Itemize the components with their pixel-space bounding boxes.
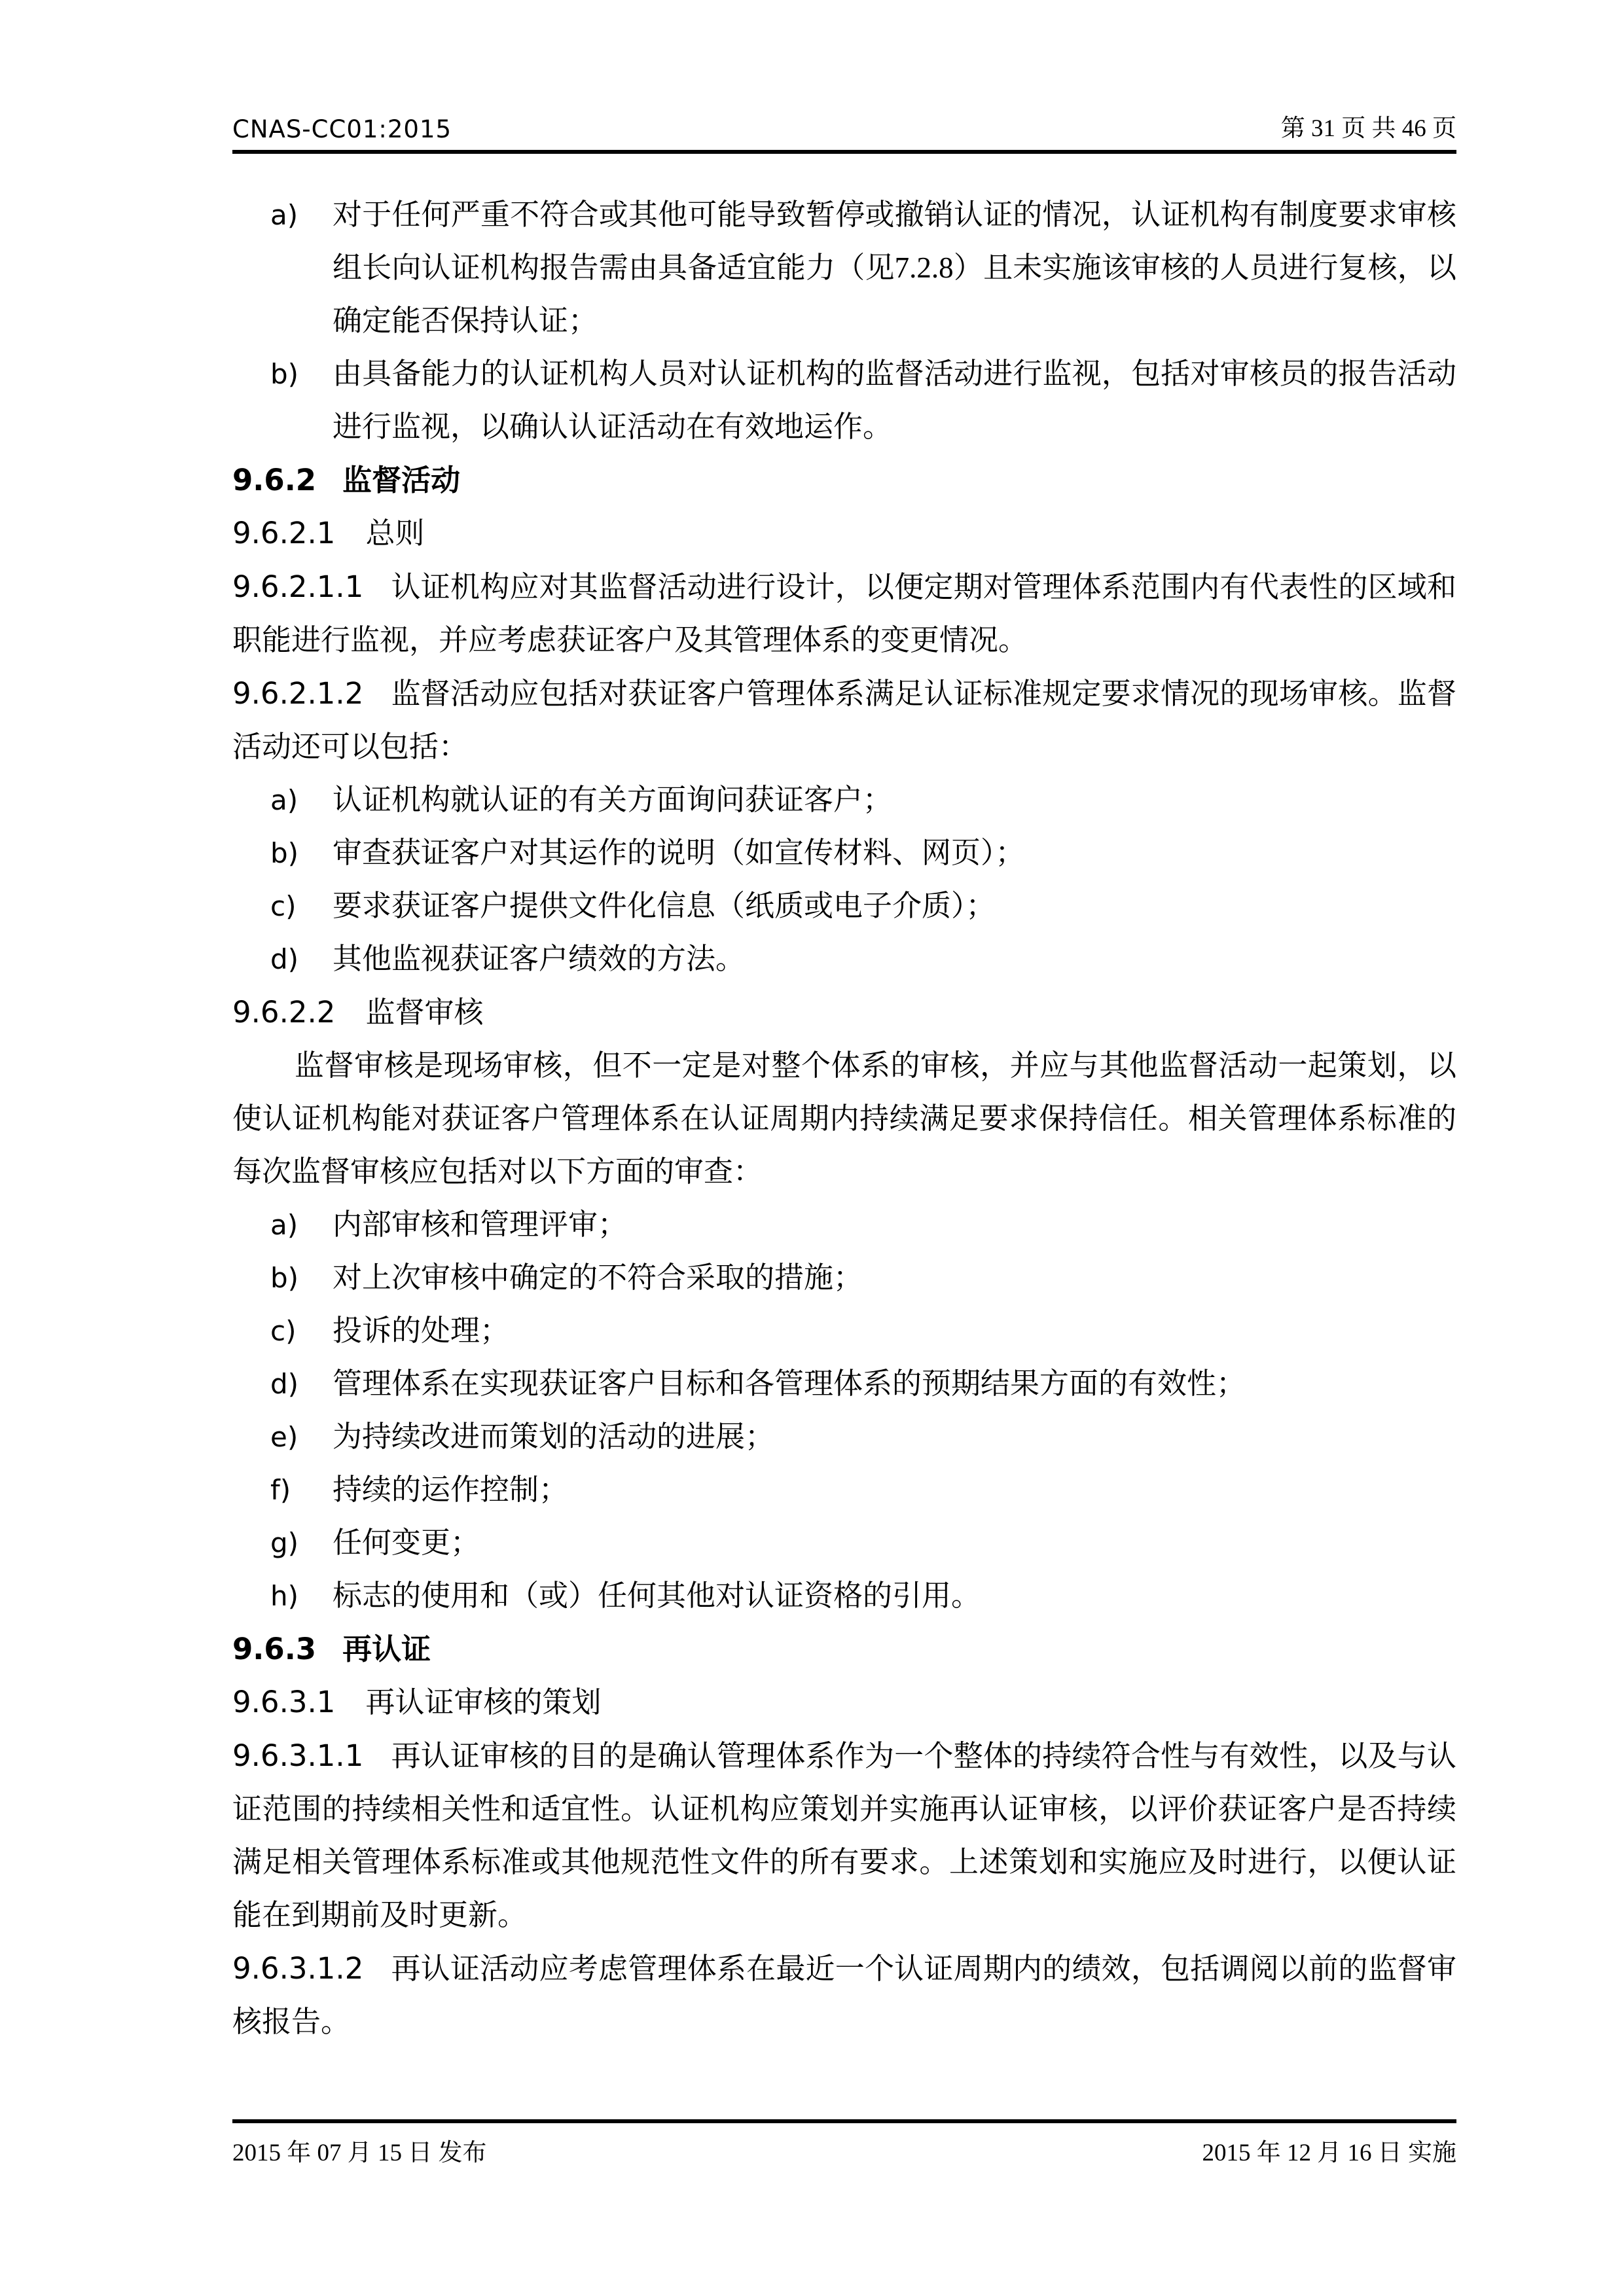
- subsection-heading-9-6-3-1: 9.6.3.1再认证审核的策划: [232, 1676, 1456, 1729]
- release-date: 2015 年 07 月 15 日 发布: [232, 2132, 487, 2168]
- list-item: f) 持续的运作控制；: [232, 1463, 1456, 1516]
- list-item: a) 认证机构就认证的有关方面询问获证客户；: [232, 774, 1456, 827]
- list-item: b) 对上次审核中确定的不符合采取的措施；: [232, 1251, 1456, 1304]
- list-item: b) 审查获证客户对其运作的说明（如宣传材料、网页）；: [232, 827, 1456, 880]
- list-marker: h): [232, 1570, 333, 1623]
- list-marker: d): [232, 1357, 333, 1410]
- list-marker: d): [232, 933, 333, 986]
- list-marker: b): [232, 827, 333, 880]
- section-title: 总则: [365, 517, 424, 550]
- page-footer: 2015 年 07 月 15 日 发布 2015 年 12 月 16 日 实施: [232, 2119, 1456, 2168]
- clause-text: 认证机构应对其监督活动进行设计，以便定期对管理体系范围内有代表性的区域和职能进行…: [232, 571, 1456, 656]
- list-item: c) 投诉的处理；: [232, 1304, 1456, 1357]
- clause-number: 9.6.3.1.1: [232, 1738, 363, 1773]
- list-item: e) 为持续改进而策划的活动的进展；: [232, 1410, 1456, 1463]
- list-text: 认证机构就认证的有关方面询问获证客户；: [333, 774, 1456, 827]
- list-text: 管理体系在实现获证客户目标和各管理体系的预期结果方面的有效性；: [333, 1357, 1456, 1410]
- list-item: g) 任何变更；: [232, 1516, 1456, 1570]
- page-indicator: 第 31 页 共 46 页: [1281, 108, 1456, 143]
- section-title: 再认证: [342, 1632, 431, 1666]
- list-item: d) 管理体系在实现获证客户目标和各管理体系的预期结果方面的有效性；: [232, 1357, 1456, 1410]
- list-text: 其他监视获证客户绩效的方法。: [333, 933, 1456, 986]
- list-marker: a): [232, 1198, 333, 1251]
- list-text: 由具备能力的认证机构人员对认证机构的监督活动进行监视，包括对审核员的报告活动进行…: [333, 348, 1456, 454]
- list-item: a) 对于任何严重不符合或其他可能导致暂停或撤销认证的情况，认证机构有制度要求审…: [232, 188, 1456, 348]
- list-marker: b): [232, 1251, 333, 1304]
- subsection-heading-9-6-2-1: 9.6.2.1总则: [232, 507, 1456, 560]
- section-title: 监督活动: [342, 463, 460, 497]
- list-text: 持续的运作控制；: [333, 1463, 1456, 1516]
- list-marker: b): [232, 348, 333, 454]
- section-title: 监督审核: [365, 996, 483, 1029]
- clause-number: 9.6.2.1.2: [232, 676, 363, 711]
- list-marker: c): [232, 880, 333, 933]
- list-text: 为持续改进而策划的活动的进展；: [333, 1410, 1456, 1463]
- list-marker: g): [232, 1516, 333, 1570]
- paragraph-9-6-3-1-1: 9.6.3.1.1再认证审核的目的是确认管理体系作为一个整体的持续符合性与有效性…: [232, 1729, 1456, 1942]
- section-number: 9.6.2.1: [232, 516, 335, 550]
- list-item: c) 要求获证客户提供文件化信息（纸质或电子介质）；: [232, 880, 1456, 933]
- document-code: CNAS-CC01:2015: [232, 115, 452, 143]
- list-marker: c): [232, 1304, 333, 1357]
- section-number: 9.6.2.2: [232, 995, 335, 1030]
- list-item: a) 内部审核和管理评审；: [232, 1198, 1456, 1251]
- list-text: 投诉的处理；: [333, 1304, 1456, 1357]
- list-text: 对于任何严重不符合或其他可能导致暂停或撤销认证的情况，认证机构有制度要求审核组长…: [333, 188, 1456, 348]
- subsection-heading-9-6-2-2: 9.6.2.2监督审核: [232, 986, 1456, 1039]
- section-heading-9-6-2: 9.6.2监督活动: [232, 454, 1456, 507]
- document-page: CNAS-CC01:2015 第 31 页 共 46 页 a) 对于任何严重不符…: [0, 0, 1624, 2296]
- section-heading-9-6-3: 9.6.3再认证: [232, 1623, 1456, 1676]
- list-text: 标志的使用和（或）任何其他对认证资格的引用。: [333, 1570, 1456, 1623]
- list-text: 审查获证客户对其运作的说明（如宣传材料、网页）；: [333, 827, 1456, 880]
- list-text: 任何变更；: [333, 1516, 1456, 1570]
- paragraph-9-6-2-2-body: 监督审核是现场审核，但不一定是对整个体系的审核，并应与其他监督活动一起策划，以使…: [232, 1039, 1456, 1198]
- list-item: b) 由具备能力的认证机构人员对认证机构的监督活动进行监视，包括对审核员的报告活…: [232, 348, 1456, 454]
- section-number: 9.6.3.1: [232, 1685, 335, 1719]
- list-marker: a): [232, 188, 333, 348]
- list-text: 对上次审核中确定的不符合采取的措施；: [333, 1251, 1456, 1304]
- section-title: 再认证审核的策划: [365, 1686, 601, 1719]
- clause-text: 监督活动应包括对获证客户管理体系满足认证标准规定要求情况的现场审核。监督活动还可…: [232, 677, 1456, 763]
- paragraph-9-6-2-1-1: 9.6.2.1.1认证机构应对其监督活动进行设计，以便定期对管理体系范围内有代表…: [232, 560, 1456, 667]
- list-item: h) 标志的使用和（或）任何其他对认证资格的引用。: [232, 1570, 1456, 1623]
- list-marker: e): [232, 1410, 333, 1463]
- clause-text: 再认证活动应考虑管理体系在最近一个认证周期内的绩效，包括调阅以前的监督审核报告。: [232, 1952, 1456, 2038]
- list-marker: a): [232, 774, 333, 827]
- document-body: a) 对于任何严重不符合或其他可能导致暂停或撤销认证的情况，认证机构有制度要求审…: [232, 188, 1456, 2049]
- list-text: 要求获证客户提供文件化信息（纸质或电子介质）；: [333, 880, 1456, 933]
- paragraph-9-6-3-1-2: 9.6.3.1.2再认证活动应考虑管理体系在最近一个认证周期内的绩效，包括调阅以…: [232, 1942, 1456, 2049]
- clause-number: 9.6.3.1.2: [232, 1951, 363, 1986]
- paragraph-9-6-2-1-2: 9.6.2.1.2监督活动应包括对获证客户管理体系满足认证标准规定要求情况的现场…: [232, 667, 1456, 774]
- clause-number: 9.6.2.1.1: [232, 569, 363, 604]
- list-text: 内部审核和管理评审；: [333, 1198, 1456, 1251]
- implement-date: 2015 年 12 月 16 日 实施: [1202, 2132, 1457, 2168]
- clause-text: 再认证审核的目的是确认管理体系作为一个整体的持续符合性与有效性，以及与认证范围的…: [232, 1740, 1456, 1931]
- list-item: d) 其他监视获证客户绩效的方法。: [232, 933, 1456, 986]
- section-number: 9.6.3: [232, 1632, 316, 1666]
- list-marker: f): [232, 1463, 333, 1516]
- page-header: CNAS-CC01:2015 第 31 页 共 46 页: [232, 108, 1456, 154]
- section-number: 9.6.2: [232, 463, 316, 497]
